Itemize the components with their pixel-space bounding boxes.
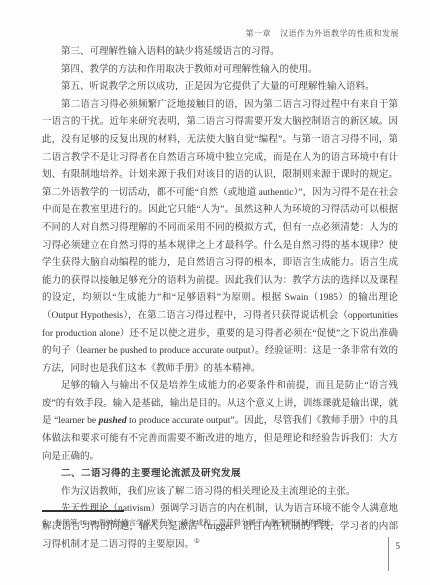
section-heading: 二、二语习得的主要理论流派及研究发展 — [42, 466, 398, 484]
emphasized-word: pushed — [99, 416, 127, 426]
numbered-point-3: 第三、可理解性输入语料的缺少将延缓语言的习得。 — [42, 44, 398, 62]
chapter-number: 第一章 — [246, 29, 272, 38]
footnote-divider — [42, 510, 124, 512]
footnote: ①参见第 16-18 页神经语言学成果有关一语生成和二语获得分属于大脑不同区域的… — [42, 517, 398, 528]
paragraph-input-output: 足够的输入与输出不仅是培养生成能力的必要条件和前提，而且是防止“语言残废”的有效… — [42, 378, 398, 466]
numbered-point-4: 第四、教学的方法和作用取决于教师对可理解性输入的使用。 — [42, 62, 398, 80]
body-text: 第三、可理解性输入语料的缺少将延缓语言的习得。 第四、教学的方法和作用取决于教师… — [42, 44, 398, 554]
chapter-title: 汉语作为外语教学的性质和发展 — [280, 29, 399, 38]
book-page: 第一章汉语作为外语教学的性质和发展 第三、可理解性输入语料的缺少将延缓语言的习得… — [0, 0, 430, 585]
page-number-block: 5 — [388, 537, 401, 571]
footnote-ref: ① — [194, 537, 200, 544]
paragraph-sla-exposure: 第二语言习得必须频繁广泛地接触目的语，因为第二语言习得过程中有来自于第一语言的干… — [42, 97, 398, 379]
page-number: 5 — [396, 541, 401, 551]
numbered-point-5: 第五、听说教学之所以成功，正是因为它提供了大量的可理解性输入语料。 — [42, 79, 398, 97]
footnote-text: 参见第 16-18 页神经语言学成果有关一语生成和二语获得分属于大脑不同区域的理… — [55, 518, 339, 527]
paragraph-teachers: 作为汉语教师，我们应该了解二语习得的相关理论及主流理论的主张。 — [42, 484, 398, 502]
footnote-marker: ① — [42, 518, 49, 527]
running-header: 第一章汉语作为外语教学的性质和发展 — [246, 28, 400, 39]
footnote-area: ①参见第 16-18 页神经语言学成果有关一语生成和二语获得分属于大脑不同区域的… — [42, 510, 398, 528]
